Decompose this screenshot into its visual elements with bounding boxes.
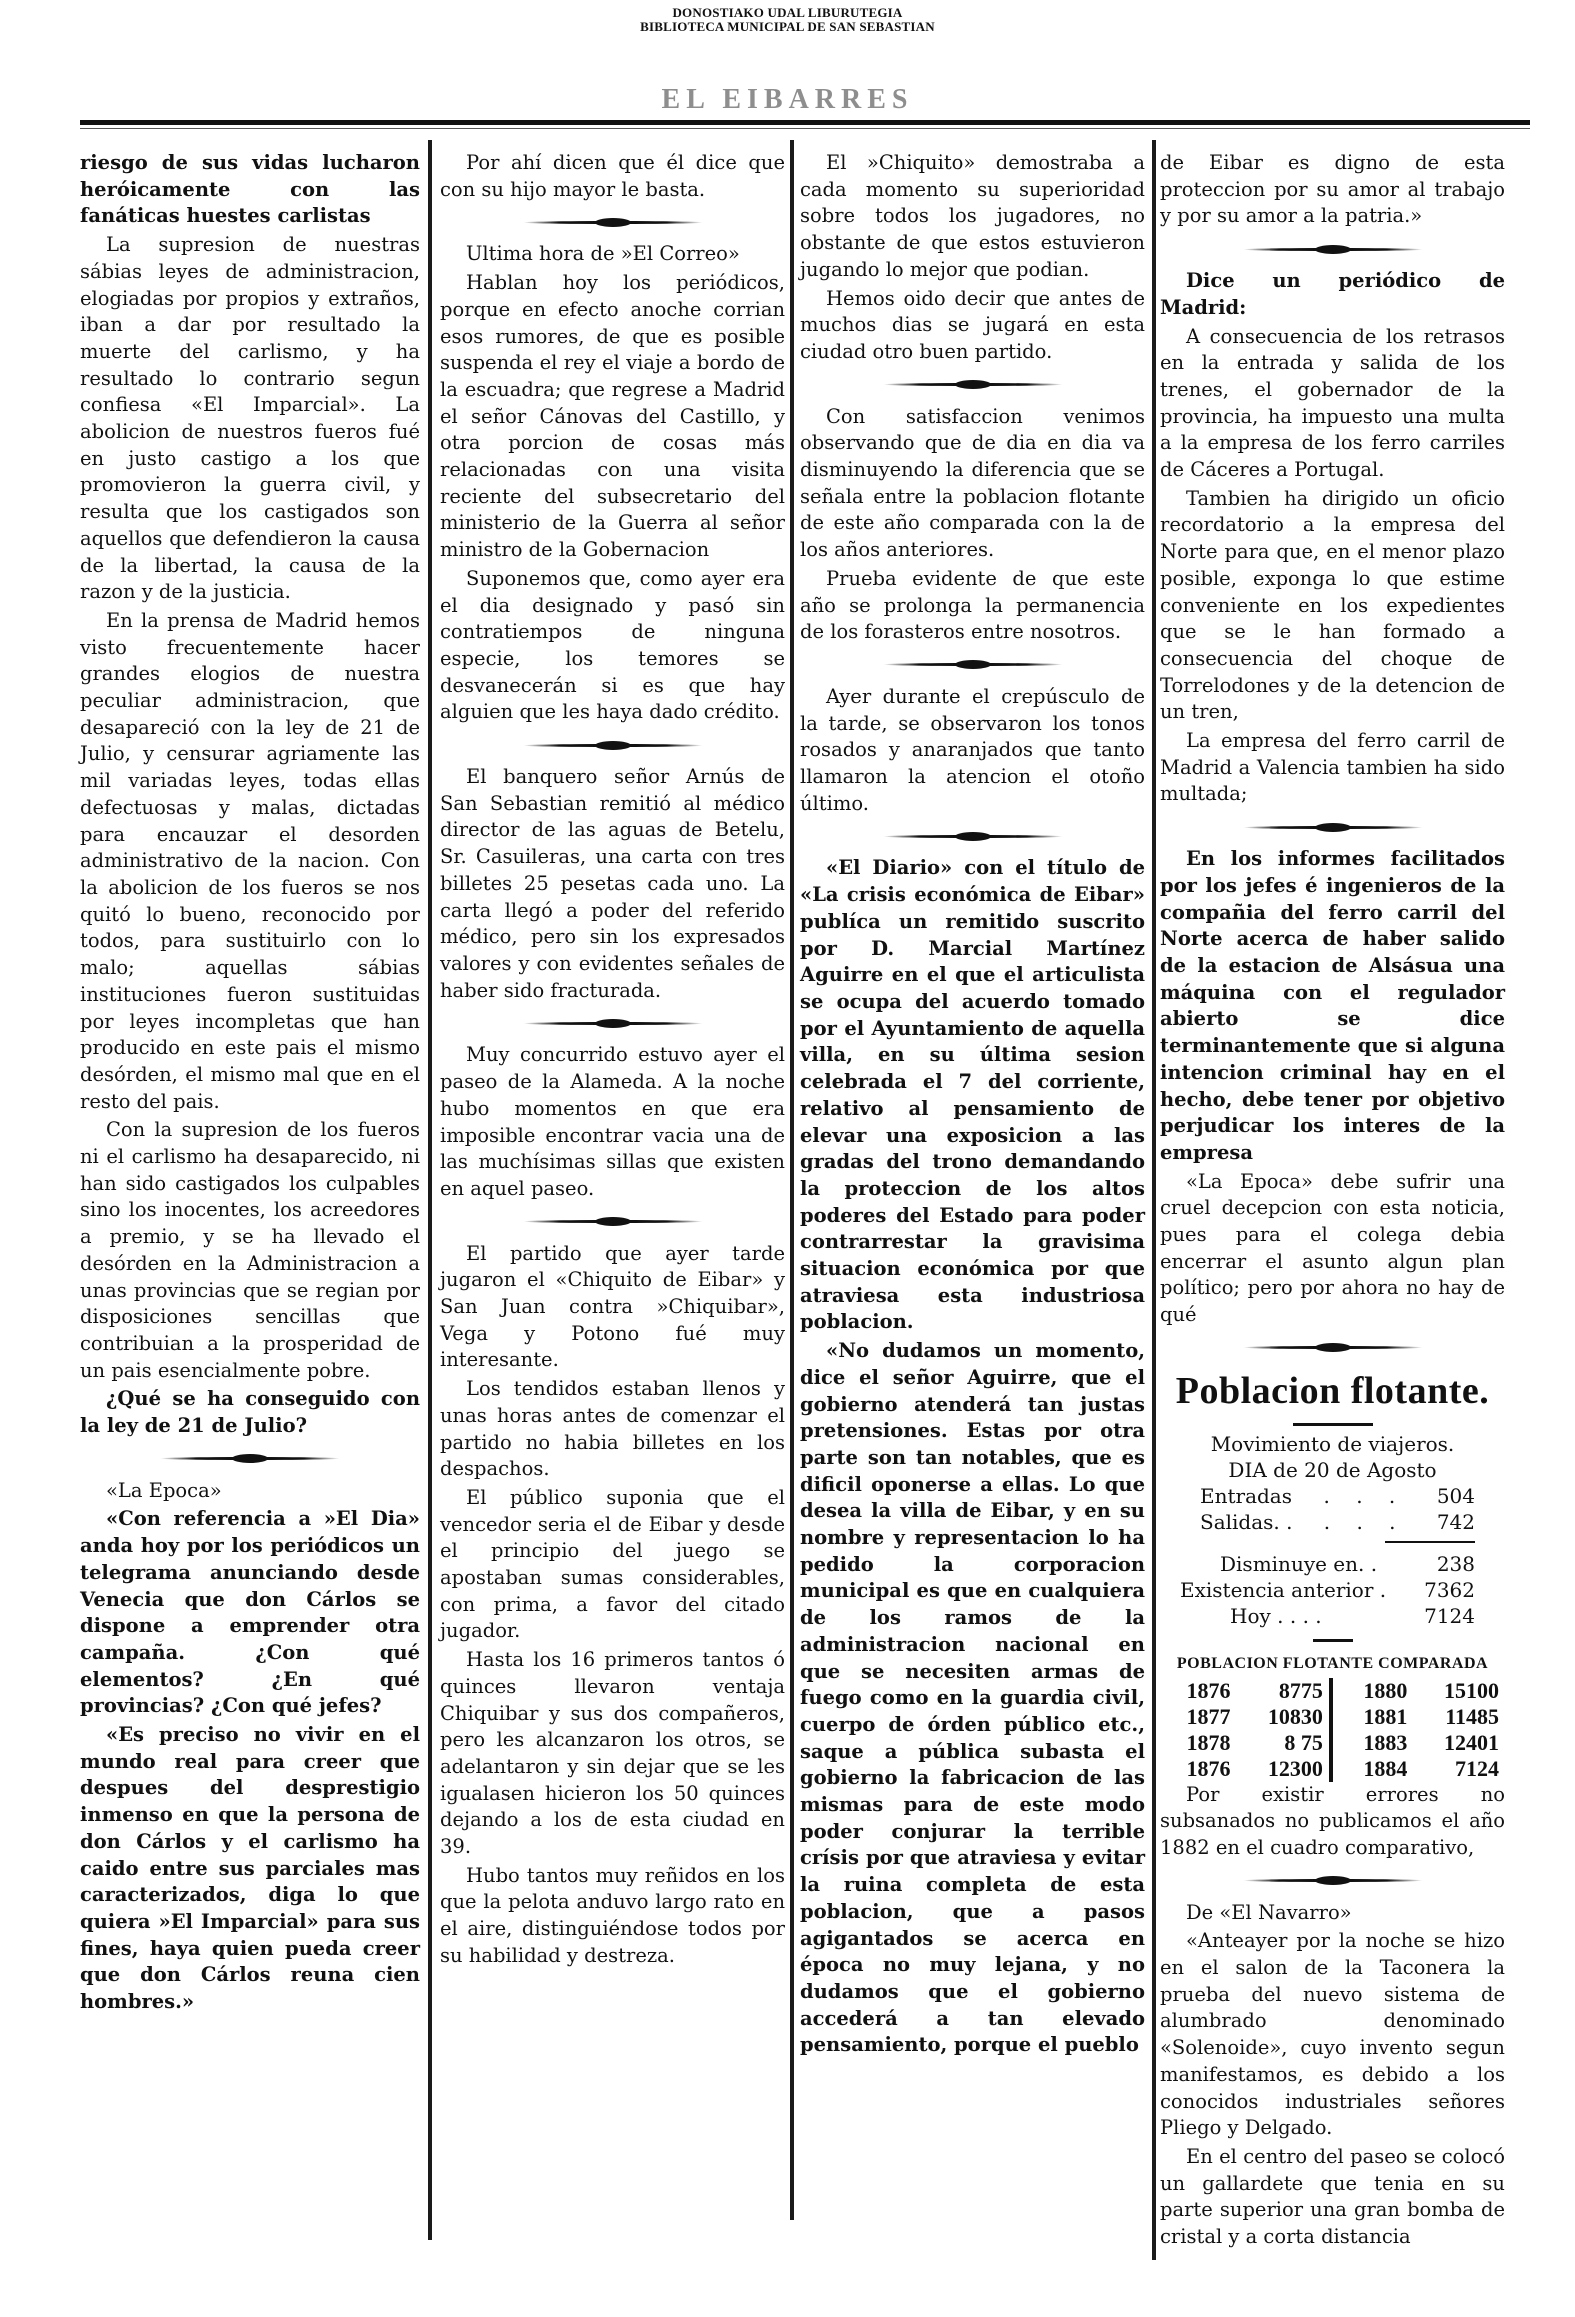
archive-header-line1: DONOSTIAKO UDAL LIBURUTEGIA	[0, 6, 1575, 20]
sum-rule	[1385, 1541, 1475, 1543]
article-paragraph: «Es preciso no vivir en el mundo real pa…	[80, 1722, 420, 2016]
ornamental-separator	[440, 1012, 785, 1034]
section-heading-madrid: Dice un periódico de Madrid:	[1160, 268, 1505, 321]
table-row: 1876 8775 1880 15100	[1160, 1678, 1505, 1704]
stat-row-salidas: Salidas. . . . . 742	[1160, 1509, 1505, 1535]
article-paragraph: «La Epoca» debe sufrir una cruel decepci…	[1160, 1169, 1505, 1329]
poblacion-flotante-section: Poblacion flotante. Movimiento de viajer…	[1160, 1367, 1505, 1862]
stat-row-entradas: Entradas . . . 504	[1160, 1483, 1505, 1509]
table-row: 1876 12300 1884 7124	[1160, 1756, 1505, 1782]
article-paragraph: En los informes facilitados por los jefe…	[1160, 846, 1505, 1166]
section-headline: Poblacion flotante.	[1160, 1367, 1505, 1415]
column-divider	[428, 140, 432, 2240]
column-1: riesgo de sus vidas lucharon heróicament…	[80, 150, 420, 2018]
article-paragraph: «Anteayer por la noche se hizo en el sal…	[1160, 1928, 1505, 2142]
short-rule	[1160, 1419, 1505, 1431]
stat-value: 238	[1437, 1551, 1475, 1577]
section-heading-el-navarro: De «El Navarro»	[1160, 1900, 1505, 1927]
stat-label: Hoy . . . .	[1230, 1603, 1322, 1629]
stats-date: DIA de 20 de Agosto	[1160, 1457, 1505, 1483]
article-paragraph: riesgo de sus vidas lucharon heróicament…	[80, 150, 420, 230]
archive-header: DONOSTIAKO UDAL LIBURUTEGIA BIBLIOTECA M…	[0, 6, 1575, 34]
stat-label: Entradas	[1200, 1483, 1292, 1509]
article-paragraph: Con satisfaccion venimos observando que …	[800, 404, 1145, 564]
year-cell: 1883	[1337, 1730, 1414, 1756]
value-cell: 12401	[1413, 1730, 1505, 1756]
article-paragraph: Hemos oido decir que antes de muchos dia…	[800, 286, 1145, 366]
ornamental-separator	[1160, 1870, 1505, 1892]
archive-header-line2: BIBLIOTECA MUNICIPAL DE SAN SEBASTIAN	[0, 20, 1575, 34]
column-divider	[1152, 140, 1156, 2260]
article-paragraph: de Eibar es digno de esta proteccion por…	[1160, 150, 1505, 230]
stat-row-existencia: Existencia anterior . 7362	[1160, 1577, 1505, 1603]
section-heading-el-correo: Ultima hora de »El Correo»	[440, 241, 785, 268]
stat-value: 7362	[1424, 1577, 1475, 1603]
column-divider	[790, 140, 794, 2220]
value-cell: 15100	[1413, 1678, 1505, 1704]
article-paragraph: El »Chiquito» demostraba a cada momento …	[800, 150, 1145, 284]
year-cell: 1884	[1337, 1756, 1414, 1782]
table-row: 1878 8 75 1883 12401	[1160, 1730, 1505, 1756]
article-paragraph: Muy concurrido estuvo ayer el paseo de l…	[440, 1042, 785, 1202]
year-cell: 1880	[1337, 1678, 1414, 1704]
article-paragraph: El público suponia que el vencedor seria…	[440, 1485, 785, 1645]
year-cell: 1877	[1160, 1704, 1237, 1730]
ornamental-separator	[440, 1211, 785, 1233]
article-paragraph: Por ahí dicen que él dice que con su hij…	[440, 150, 785, 203]
ornamental-separator	[80, 1448, 420, 1470]
article-paragraph: Ayer durante el crepúsculo de la tarde, …	[800, 684, 1145, 818]
article-paragraph: Con la supresion de los fueros ni el car…	[80, 1117, 420, 1384]
stat-value: 504	[1437, 1483, 1475, 1509]
ornamental-separator	[800, 374, 1145, 396]
ornamental-separator	[1160, 816, 1505, 838]
article-paragraph: La supresion de nuestras sábias leyes de…	[80, 232, 420, 606]
column-3: El »Chiquito» demostraba a cada momento …	[800, 150, 1145, 2061]
article-paragraph: Hablan hoy los periódicos, porque en efe…	[440, 270, 785, 564]
ornamental-separator	[800, 825, 1145, 847]
stat-dots: . . .	[1292, 1483, 1437, 1509]
comparison-title: POBLACION FLOTANTE COMPARADA	[1160, 1651, 1505, 1678]
stat-row-hoy: Hoy . . . . 7124	[1160, 1603, 1505, 1629]
article-paragraph: ¿Qué se ha conseguido con la ley de 21 d…	[80, 1386, 420, 1439]
article-paragraph: En el centro del paseo se colocó un gall…	[1160, 2144, 1505, 2251]
stats-date-value: de 20 de Agosto	[1273, 1458, 1436, 1482]
newspaper-masthead: EL EIBARRES	[0, 84, 1575, 116]
year-cell: 1878	[1160, 1730, 1237, 1756]
value-cell: 11485	[1413, 1704, 1505, 1730]
article-paragraph: Los tendidos estaban llenos y unas horas…	[440, 1376, 785, 1483]
article-paragraph: «No dudamos un momento, dice el señor Ag…	[800, 1338, 1145, 2059]
comparison-note: Por existir errores no subsanados no pub…	[1160, 1782, 1505, 1862]
year-cell: 1881	[1337, 1704, 1414, 1730]
section-heading-la-epoca: «La Epoca»	[80, 1478, 420, 1505]
article-paragraph: El partido que ayer tarde jugaron el «Ch…	[440, 1241, 785, 1375]
column-2: Por ahí dicen que él dice que con su hij…	[440, 150, 785, 1972]
stat-label: Disminuye en. .	[1220, 1551, 1377, 1577]
travellers-stats: Movimiento de viajeros. DIA de 20 de Ago…	[1160, 1431, 1505, 1629]
article-paragraph: La empresa del ferro carril de Madrid a …	[1160, 728, 1505, 808]
stat-value: 7124	[1424, 1603, 1475, 1629]
article-paragraph: «El Diario» con el título de «La crisis …	[800, 855, 1145, 1336]
article-paragraph: Hubo tantos muy reñidos en los que la pe…	[440, 1863, 785, 1970]
ornamental-separator	[440, 211, 785, 233]
article-paragraph: Prueba evidente de que este año se prolo…	[800, 566, 1145, 646]
value-cell: 8775	[1237, 1678, 1331, 1704]
value-cell: 8 75	[1237, 1730, 1331, 1756]
stat-label: Existencia anterior .	[1180, 1577, 1386, 1603]
ornamental-separator	[1160, 238, 1505, 260]
ornamental-separator	[800, 654, 1145, 676]
masthead-rule-thin	[80, 128, 1530, 129]
stat-label: Salidas. .	[1200, 1509, 1292, 1535]
article-paragraph: Suponemos que, como ayer era el dia desi…	[440, 566, 785, 726]
column-4: de Eibar es digno de esta proteccion por…	[1160, 150, 1505, 2253]
masthead-rule	[80, 120, 1530, 125]
article-paragraph: A consecuencia de los retrasos en la ent…	[1160, 324, 1505, 484]
year-cell: 1876	[1160, 1756, 1237, 1782]
value-cell: 10830	[1237, 1704, 1331, 1730]
stat-dots: . . .	[1292, 1509, 1436, 1535]
stats-subtitle: Movimiento de viajeros.	[1160, 1431, 1505, 1457]
article-paragraph: «Con referencia a »El Dia» anda hoy por …	[80, 1506, 420, 1720]
value-cell: 12300	[1237, 1756, 1331, 1782]
stat-value: 742	[1437, 1509, 1475, 1535]
article-paragraph: El banquero señor Arnús de San Sebastian…	[440, 764, 785, 1004]
article-paragraph: En la prensa de Madrid hemos visto frecu…	[80, 608, 420, 1115]
stat-row-disminuye: Disminuye en. . 238	[1160, 1551, 1505, 1577]
stats-date-prefix: DIA	[1228, 1458, 1266, 1482]
ornamental-separator	[440, 734, 785, 756]
article-paragraph: Tambien ha dirigido un oficio recordator…	[1160, 486, 1505, 726]
comparison-table: 1876 8775 1880 15100 1877 10830 1881 114…	[1160, 1678, 1505, 1782]
table-row: 1877 10830 1881 11485	[1160, 1704, 1505, 1730]
short-rule	[1160, 1635, 1505, 1647]
year-cell: 1876	[1160, 1678, 1237, 1704]
article-paragraph: Hasta los 16 primeros tantos ó quinces l…	[440, 1647, 785, 1861]
ornamental-separator	[1160, 1337, 1505, 1359]
value-cell: 7124	[1413, 1756, 1505, 1782]
